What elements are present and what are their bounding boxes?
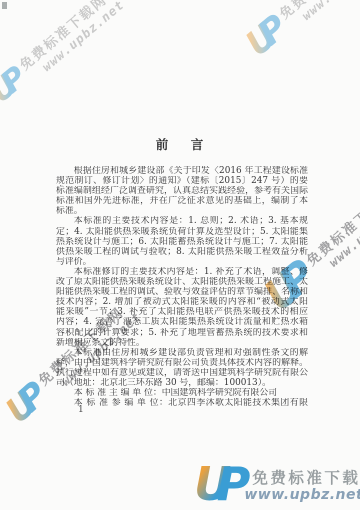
- text-line: 改了原太阳能供热采暖系统设计、太阳能供热采暖工程施工、太: [56, 277, 308, 287]
- text-line: 定；4. 太阳能供热采暖系统负荷计算及选型设计；5. 太阳能集: [56, 227, 308, 237]
- scan-artifact: [2, 2, 7, 9]
- watermark-site-url: www.upbz.net: [244, 487, 360, 503]
- text-line: 供热采暖工程的调试与验收；8. 太阳能供热采暖工程效益分析: [56, 247, 308, 257]
- text-line: 标准和国外先进标准，并在广泛征求意见的基础上，编制了本: [56, 196, 308, 206]
- preface-text: 根据住房和城乡建设部《关于印发〈2016 年工程建设标准 规范制订、修订计划〉的…: [56, 166, 308, 408]
- text-line: 技术内容；2. 增加了被动式太阳能采暖的内容和“被动式太阳: [56, 297, 308, 307]
- text-line: 标准。: [56, 206, 308, 216]
- text-line: 执行过程中如有意见或建议，请寄送中国建筑科学研究院有限公: [56, 368, 308, 378]
- text-line: 新增相应条文的特性。: [56, 338, 308, 348]
- page-number: 1: [78, 405, 84, 415]
- text-line: 本 标 准 参 编 单 位：北京四季沐歌太阳能技术集团有限: [56, 398, 308, 408]
- text-line: 本标准的主要技术内容是：1. 总则；2. 术语；3. 基本规: [56, 216, 308, 226]
- text-line: 根据住房和城乡建设部《关于印发〈2016 年工程建设标准: [56, 166, 308, 176]
- text-line: 本 标 准 主 编 单 位：中国建筑科学研究院有限公司: [56, 388, 308, 398]
- page-title: 前 言: [56, 135, 308, 153]
- text-line: 本标准由住房和城乡建设部负责管理和对强制性条文的解: [56, 348, 308, 358]
- watermark-site-name: 免费标准下载网: [252, 466, 360, 488]
- text-line: 能采暖”一节；3. 补充了太阳能热电联产供热采暖技术的相应: [56, 307, 308, 317]
- watermark-top-right: UP 免费标准下载网 www.upbz.net: [240, 0, 360, 62]
- document-page: { "colors": { "page_bg": "#fbfbfa", "tex…: [0, 0, 360, 510]
- text-line: 司（地址：北京北三环东路 30 号，邮编：100013）。: [56, 378, 308, 388]
- text-line: 标准编制组经广泛调查研究，认真总结实践经验，参考有关国际: [56, 186, 308, 196]
- text-line: 规范制订、修订计划〉的通知》（建标〔2015〕247 号）的要求，: [56, 176, 308, 186]
- text-line: 与评价。: [56, 257, 308, 267]
- watermark-top-left: UP 免费标准下载网 www.upbz.net: [0, 0, 127, 110]
- watermark-bottom-right-brand: UP 免费标准下载网 www.upbz.net: [194, 461, 360, 507]
- text-line: 热系统设计与施工；6. 太阳能蓄热系统设计与施工；7. 太阳能: [56, 237, 308, 247]
- upbz-logo-icon: UP: [194, 461, 250, 507]
- text-line: 阳能供热采暖工程的调试、验收与效益评估的章节编排、名称和: [56, 287, 308, 297]
- text-line: 释，由中国建筑科学研究院有限公司负责具体技术内容的解释。: [56, 358, 308, 368]
- text-line: 容积配比的计算要求；5. 补充了地埋管蓄热系统的技术要求和: [56, 328, 308, 338]
- text-line: 内容；4. 完善了液态工质太阳能集热系统设计流量和贮热水箱: [56, 317, 308, 327]
- watermark-site-url: www.upbz.net: [299, 0, 360, 23]
- text-line: 本标准修订的主要技术内容是：1. 补充了术语，调整、修: [56, 267, 308, 277]
